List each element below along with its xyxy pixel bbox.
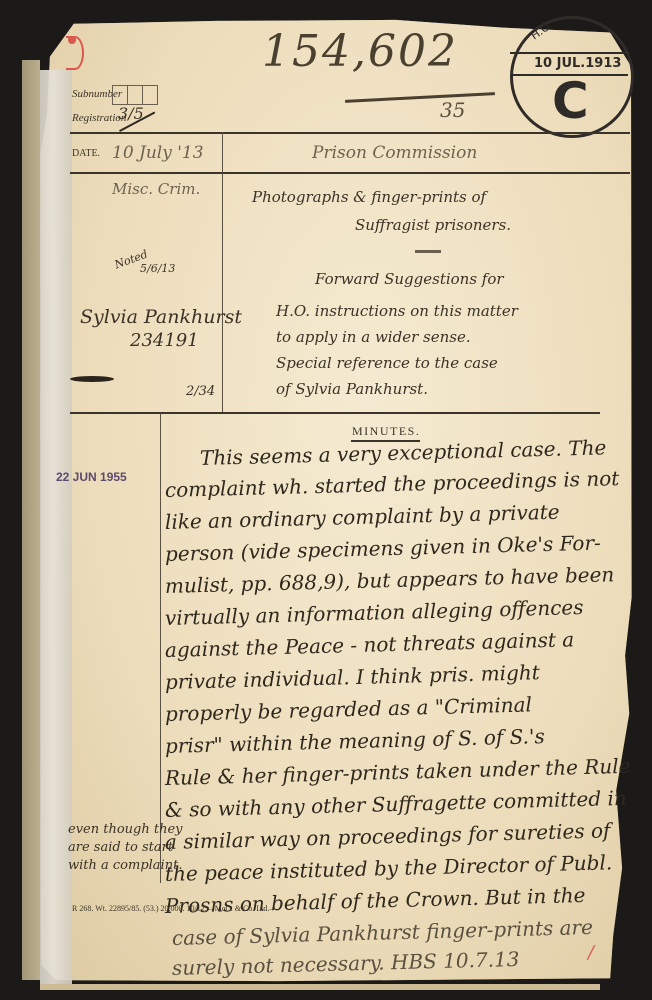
printer-imprint: R 268. Wt. 22895/85. (53.) 20,000. 10/12…: [72, 904, 277, 913]
prisoner-reference: 234191: [130, 330, 199, 351]
minutes-heading: MINUTES.: [352, 424, 420, 439]
rule-below-registration: [70, 132, 630, 134]
file-number: 154,602: [262, 26, 458, 77]
subject-line-2: Suffragist prisoners.: [355, 216, 511, 234]
category: Misc. Crim.: [112, 180, 200, 198]
subject-line-1: Photographs & finger-prints of: [252, 188, 486, 206]
from-department: Prison Commission: [312, 143, 477, 163]
upper-column-divider: [222, 132, 223, 413]
minutes-margin-divider: [160, 413, 161, 883]
stamp-date: 10 JUL.1913: [534, 56, 621, 71]
subject-line-3: Forward Suggestions for: [315, 270, 504, 288]
subject-line-4: H.O. instructions on this matter: [276, 302, 518, 320]
stamp-letter: C: [552, 72, 589, 130]
rule-below-date: [70, 172, 630, 174]
subject-line-5: to apply in a wider sense.: [276, 328, 471, 346]
sub-reference: 35: [440, 98, 465, 122]
subject-separator: [415, 250, 441, 253]
noted-date: 5/6/13: [140, 262, 175, 275]
margin-note-line: with a complaint.: [68, 858, 182, 873]
rule-above-minutes: [70, 412, 600, 414]
stamp-bar-top: [510, 52, 628, 54]
prisoner-name: Sylvia Pankhurst: [80, 306, 242, 328]
red-pencil-dot: [68, 36, 76, 44]
paper-tear: [70, 376, 114, 382]
archive-stamp: 22 JUN 1955: [56, 470, 127, 484]
margin-note-line: even though they: [68, 822, 183, 837]
red-pencil-annotation: /: [588, 942, 594, 963]
folio-number: 2/34: [186, 384, 215, 399]
paper-edge-strip: [22, 60, 40, 980]
paper-bottom-edge: [40, 984, 600, 990]
date-label: DATE.: [72, 148, 100, 159]
subject-line-7: of Sylvia Pankhurst.: [276, 380, 428, 398]
subject-line-6: Special reference to the case: [276, 354, 498, 372]
margin-note-line: are said to start: [68, 840, 173, 855]
date-value: 10 July '13: [112, 143, 204, 163]
